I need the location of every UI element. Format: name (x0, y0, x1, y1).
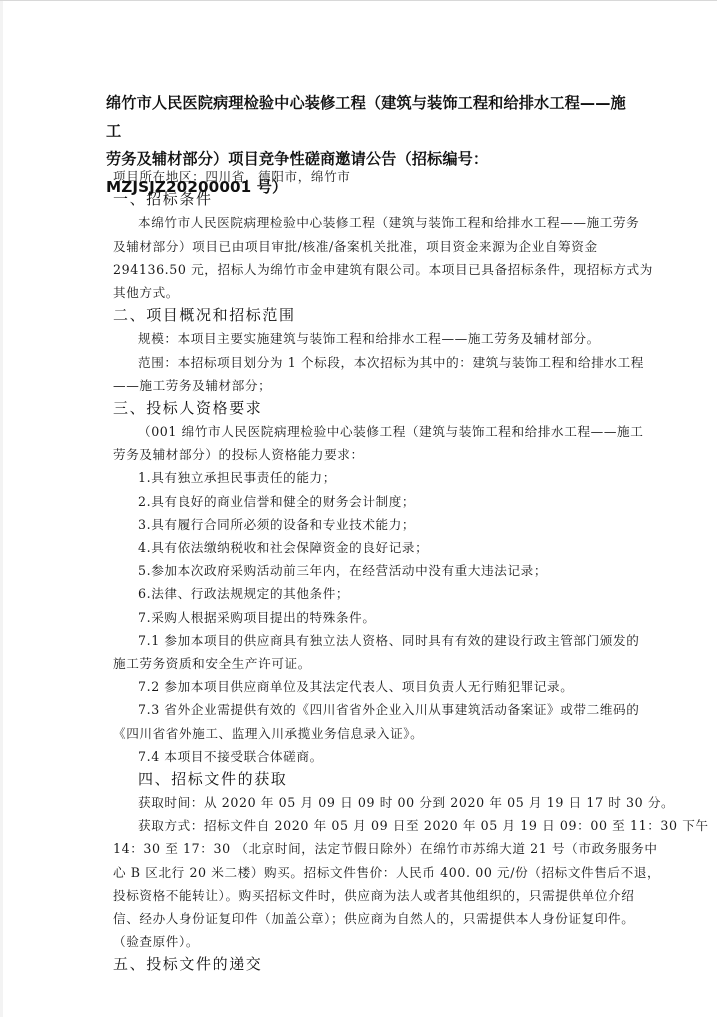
paragraph-line: 本绵竹市人民医院病理检验中心装修工程（建筑与装饰工程和给排水工程——施工劳务 (113, 211, 613, 234)
list-item: 2.具有良好的商业信誉和健全的财务会计制度； (113, 490, 613, 513)
paragraph-line: 14：30 至 17：30 （北京时间，法定节假日除外）在绵竹市苏绵大道 21 … (113, 837, 613, 860)
paragraph-line: 其他方式。 (113, 281, 613, 304)
paragraph-line: 心 B 区北行 20 米二楼）购买。招标文件售价：人民币 400. 00 元/份… (113, 861, 613, 884)
list-item: 5.参加本次政府采购活动前三年内，在经营活动中没有重大违法记录； (113, 559, 613, 582)
sub-item-7-2: 7.2 参加本项目供应商单位及其法定代表人、项目负责人无行贿犯罪记录。 (113, 675, 613, 698)
sub-item-7-1: 7.1 参加本项目的供应商具有独立法人资格、同时具有有效的建设行政主管部门颁发的 (113, 629, 613, 652)
paragraph-line: 劳务及辅材部分）的投标人资格能力要求： (113, 443, 613, 466)
paragraph-line: 获取方式：招标文件自 2020 年 05 月 09 日至 2020 年 05 月… (113, 814, 613, 837)
project-region: 项目所在地区：四川省，德阳市，绵竹市 (113, 165, 613, 188)
paragraph-line: 及辅材部分）项目已由项目审批/核准/备案机关批准，项目资金来源为企业自筹资金 (113, 235, 613, 258)
sub-item-7-3: 7.3 省外企业需提供有效的《四川省省外企业入川从事建筑活动备案证》或带二维码的 (113, 698, 613, 721)
paragraph-line: （验查原件）。 (113, 930, 613, 953)
document-page: 绵竹市人民医院病理检验中心装修工程（建筑与装饰工程和给排水工程——施工 劳务及辅… (0, 0, 717, 1017)
list-item: 1.具有独立承担民事责任的能力； (113, 466, 613, 489)
paragraph-line: （001 绵竹市人民医院病理检验中心装修工程（建筑与装饰工程和给排水工程——施工 (113, 420, 613, 443)
list-item: 6.法律、行政法规规定的其他条件； (113, 582, 613, 605)
paragraph-line: 规模：本项目主要实施建筑与装饰工程和给排水工程——施工劳务及辅材部分。 (113, 327, 613, 350)
paragraph-line: 范围：本招标项目划分为 1 个标段，本次招标为其中的：建筑与装饰工程和给排水工程 (113, 351, 613, 374)
paragraph-line: 信、经办人身份证复印件（加盖公章）；供应商为自然人的，只需提供本人身份证复印件。 (113, 907, 613, 930)
section-heading-4: 四、招标文件的获取 (113, 768, 613, 791)
paragraph-line: ——施工劳务及辅材部分； (113, 374, 613, 397)
sub-item-7-3-cont: 《四川省省外施工、监理入川承揽业务信息录入证》。 (113, 722, 613, 745)
list-item: 4.具有依法缴纳税收和社会保障资金的良好记录； (113, 536, 613, 559)
list-item: 3.具有履行合同所必须的设备和专业技术能力； (113, 513, 613, 536)
title-line-1: 绵竹市人民医院病理检验中心装修工程（建筑与装饰工程和给排水工程——施工 (106, 89, 626, 145)
scan-edge (0, 1, 3, 1017)
section-heading-3: 三、投标人资格要求 (113, 397, 613, 420)
paragraph-line: 投标资格不能转让）。购买招标文件时，供应商为法人或者其他组织的，只需提供单位介绍 (113, 884, 613, 907)
section-heading-1: 一、招标条件 (113, 188, 613, 211)
sub-item-7-1-cont: 施工劳务资质和安全生产许可证。 (113, 652, 613, 675)
document-body: 项目所在地区：四川省，德阳市，绵竹市 一、招标条件 本绵竹市人民医院病理检验中心… (113, 165, 613, 977)
section-heading-5: 五、投标文件的递交 (113, 953, 613, 976)
paragraph-line: 获取时间：从 2020 年 05 月 09 日 09 时 00 分到 2020 … (113, 791, 613, 814)
list-item: 7.采购人根据采购项目提出的特殊条件。 (113, 606, 613, 629)
sub-item-7-4: 7.4 本项目不接受联合体磋商。 (113, 745, 613, 768)
section-heading-2: 二、项目概况和招标范围 (113, 304, 613, 327)
paragraph-line: 294136.50 元，招标人为绵竹市金申建筑有限公司。本项目已具备招标条件，现… (113, 258, 613, 281)
